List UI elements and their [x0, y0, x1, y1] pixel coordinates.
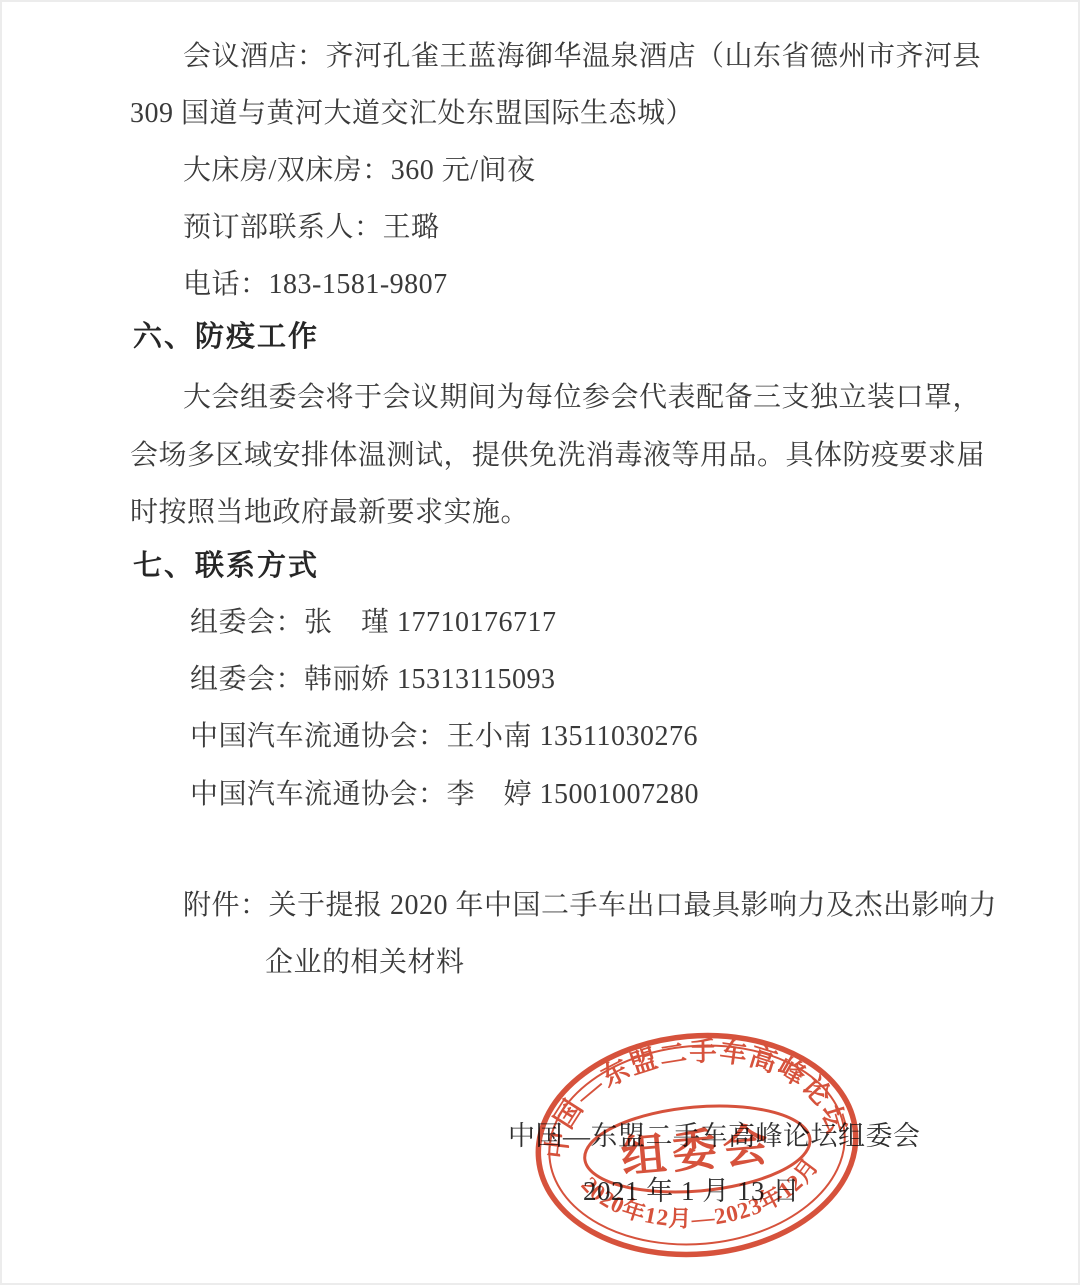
doc-line-hotel-address: 309 国道与黄河大道交汇处东盟国际生态城）: [130, 97, 694, 131]
doc-line-epidemic-3: 时按照当地政府最新要求实施。: [130, 496, 529, 530]
doc-line-epidemic-2: 会场多区域安排体温测试，提供免洗消毒液等用品。具体防疫要求届: [130, 439, 985, 473]
doc-line-room-price: 大床房/双床房：360 元/间夜: [183, 154, 536, 188]
doc-line-hotel: 会议酒店：齐河孔雀王蓝海御华温泉酒店（山东省德州市齐河县: [183, 40, 981, 74]
doc-line-contact-2: 组委会：韩丽娇 15313115093: [190, 663, 555, 697]
section-heading-contacts: 七、联系方式: [133, 549, 319, 583]
doc-line-attachment-2: 企业的相关材料: [265, 946, 465, 980]
official-seal: 中国—东盟二手车高峰论坛 组委会 2020年12月—2023年12月: [521, 1019, 873, 1271]
document-page: 会议酒店：齐河孔雀王蓝海御华温泉酒店（山东省德州市齐河县 309 国道与黄河大道…: [0, 0, 1080, 1285]
doc-line-epidemic-1: 大会组委会将于会议期间为每位参会代表配备三支独立装口罩，: [183, 381, 981, 415]
doc-line-contact-4: 中国汽车流通协会：李 婷 15001007280: [190, 778, 699, 812]
section-heading-epidemic: 六、防疫工作: [133, 320, 319, 354]
seal-center-text: 组委会: [619, 1119, 776, 1182]
doc-line-attachment-1: 附件：关于提报 2020 年中国二手车出口最具影响力及杰出影响力: [183, 889, 997, 923]
doc-line-contact-1: 组委会：张 瑾 17710176717: [190, 606, 557, 640]
doc-line-booking-phone: 电话：183-1581-9807: [183, 268, 448, 302]
doc-line-booking-contact: 预订部联系人：王璐: [183, 211, 440, 245]
doc-line-contact-3: 中国汽车流通协会：王小南 13511030276: [190, 720, 698, 754]
